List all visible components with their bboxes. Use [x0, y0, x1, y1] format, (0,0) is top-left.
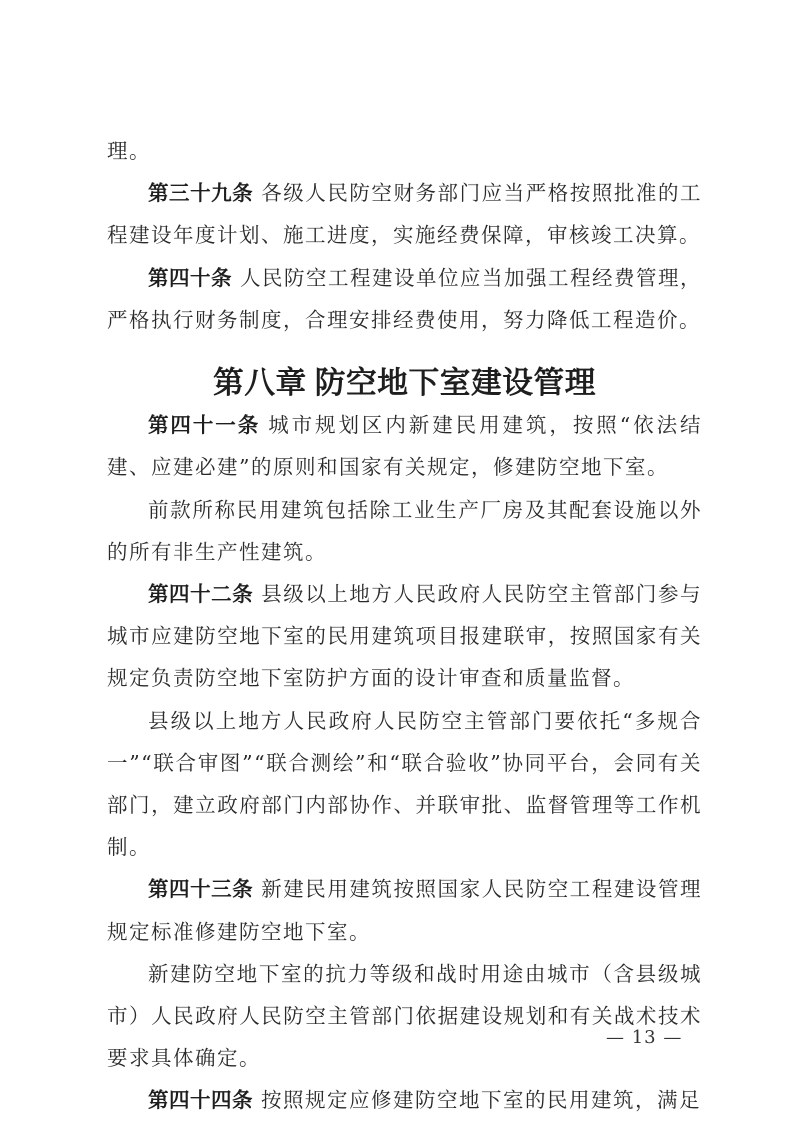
article-40: 第四十条人民防空工程建设单位应当加强工程经费管理，严格执行财务制度，合理安排经费…: [107, 257, 702, 341]
article-44: 第四十四条按照规定应修建防空地下室的民用建筑，满足: [107, 1079, 702, 1121]
document-body: 理。 第三十九条各级人民防空财务部门应当严格按照批准的工程建设年度计划、施工进度…: [107, 130, 702, 1122]
article-number: 第四十条: [148, 266, 232, 290]
article-number: 第四十四条: [148, 1088, 253, 1112]
article-41-clause-2: 前款所称民用建筑包括除工业生产厂房及其配套设施以外的所有非生产性建筑。: [107, 489, 702, 573]
article-39: 第三十九条各级人民防空财务部门应当严格按照批准的工程建设年度计划、施工进度，实施…: [107, 172, 702, 256]
paragraph-text: 理。: [107, 139, 151, 163]
article-42: 第四十二条县级以上地方人民政府人民防空主管部门参与城市应建防空地下室的民用建筑项…: [107, 573, 702, 700]
article-number: 第四十一条: [148, 413, 260, 437]
paragraph-continuation: 理。: [107, 130, 702, 172]
paragraph-text: 县级以上地方人民政府人民防空主管部门要依托“多规合一”“联合审图”“联合测绘”和…: [107, 709, 702, 860]
article-number: 第三十九条: [148, 181, 253, 205]
chapter-number: 第八章: [213, 365, 307, 401]
paragraph-text: 前款所称民用建筑包括除工业生产厂房及其配套设施以外的所有非生产性建筑。: [107, 498, 702, 564]
article-42-clause-2: 县级以上地方人民政府人民防空主管部门要依托“多规合一”“联合审图”“联合测绘”和…: [107, 700, 702, 869]
paragraph-text: 新建防空地下室的抗力等级和战时用途由城市（含县级城市）人民政府人民防空主管部门依…: [107, 962, 702, 1070]
chapter-heading: 第八章防空地下室建设管理: [107, 362, 702, 404]
document-page: 理。 第三十九条各级人民防空财务部门应当严格按照批准的工程建设年度计划、施工进度…: [0, 0, 793, 1122]
article-number: 第四十三条: [148, 877, 253, 901]
article-number: 第四十二条: [148, 582, 253, 606]
article-43: 第四十三条新建民用建筑按照国家人民防空工程建设管理规定标准修建防空地下室。: [107, 868, 702, 952]
article-text: 按照规定应修建防空地下室的民用建筑，满足: [261, 1088, 701, 1112]
chapter-title: 防空地下室建设管理: [315, 365, 596, 401]
article-41: 第四十一条城市规划区内新建民用建筑，按照“依法结建、应建必建”的原则和国家有关规…: [107, 404, 702, 488]
page-number: — 13 —: [606, 1027, 682, 1048]
article-43-clause-2: 新建防空地下室的抗力等级和战时用途由城市（含县级城市）人民政府人民防空主管部门依…: [107, 953, 702, 1080]
